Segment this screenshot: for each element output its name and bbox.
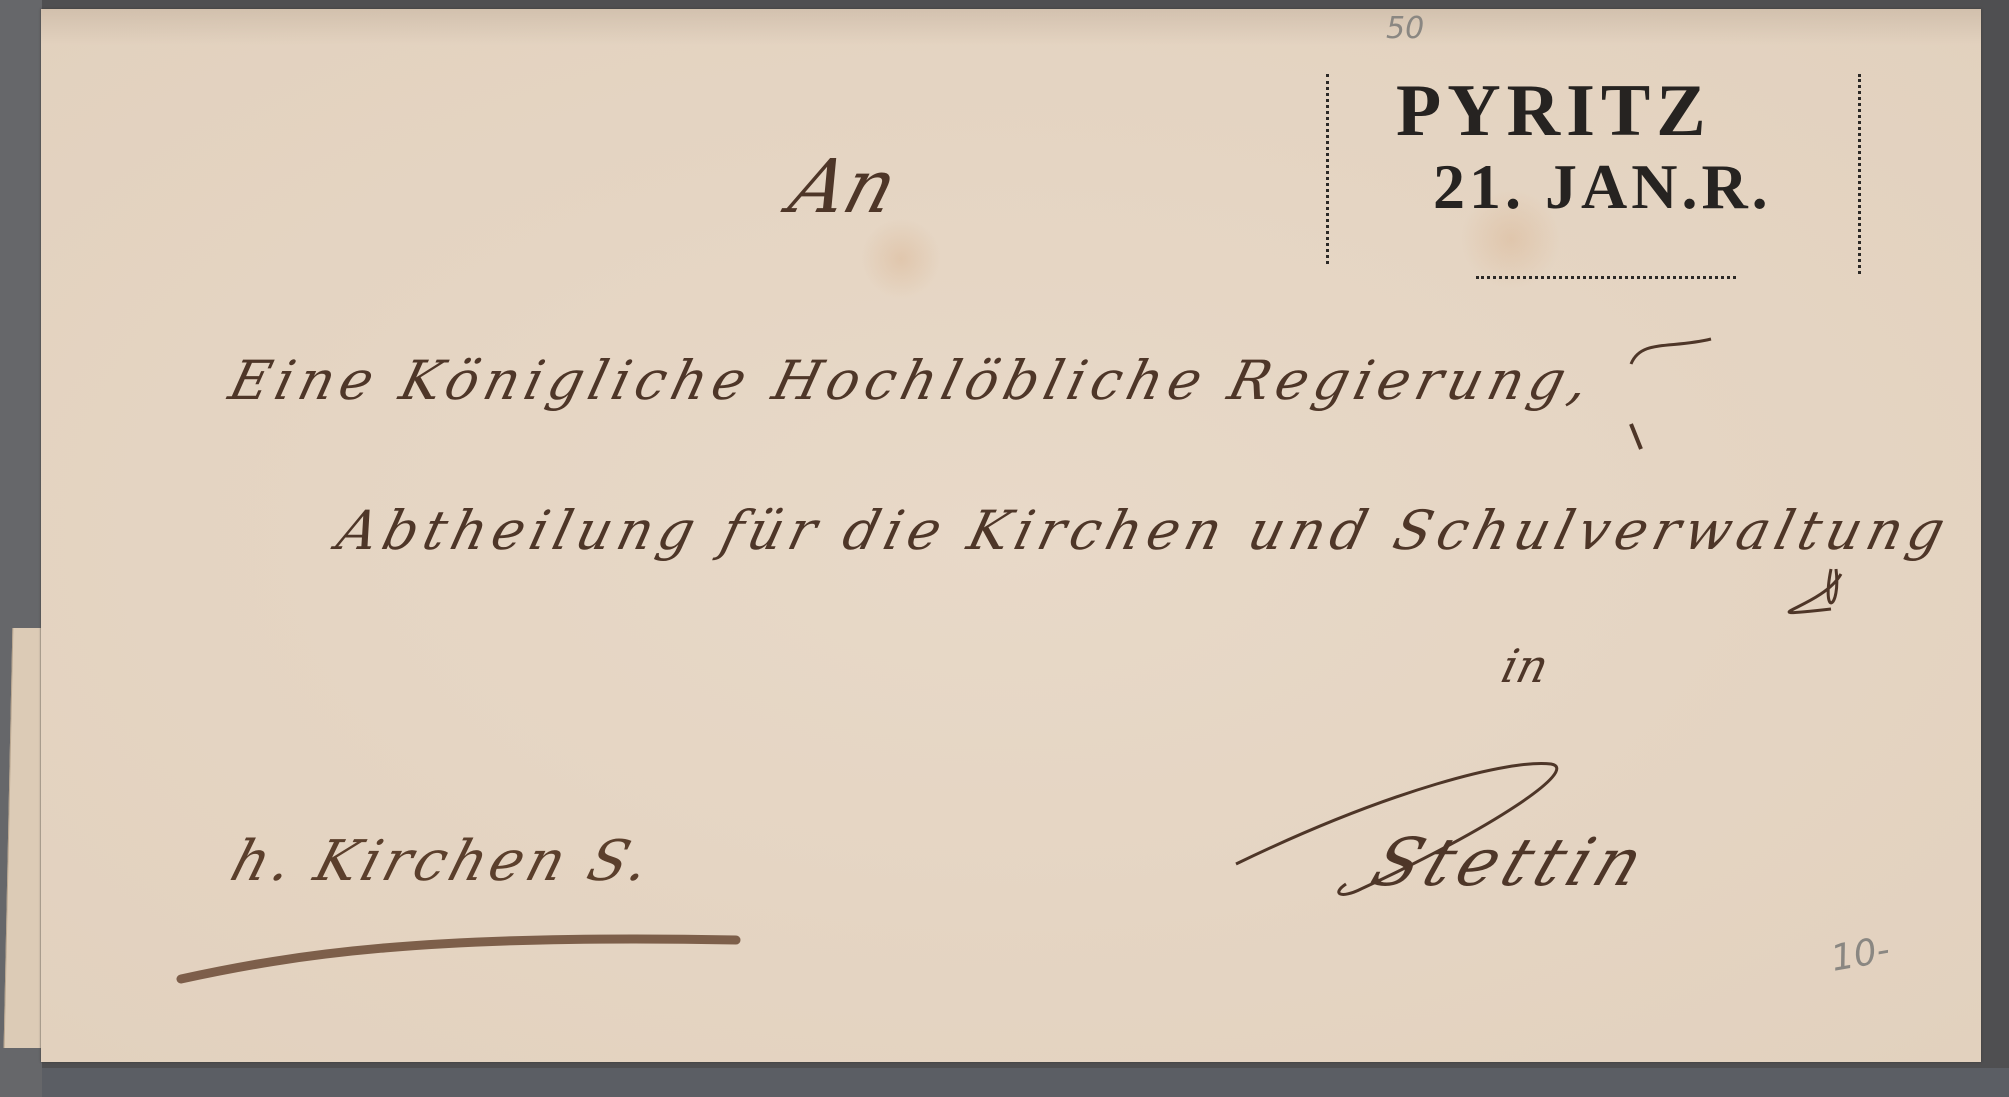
- docket-note: h. Kirchen S.: [224, 829, 661, 894]
- letter-sheet: 50 PYRITZ 21. JAN.R. An Eine Königliche …: [41, 9, 1981, 1062]
- handwriting-flourishes: [41, 9, 1981, 1062]
- docket-underline: [176, 924, 756, 984]
